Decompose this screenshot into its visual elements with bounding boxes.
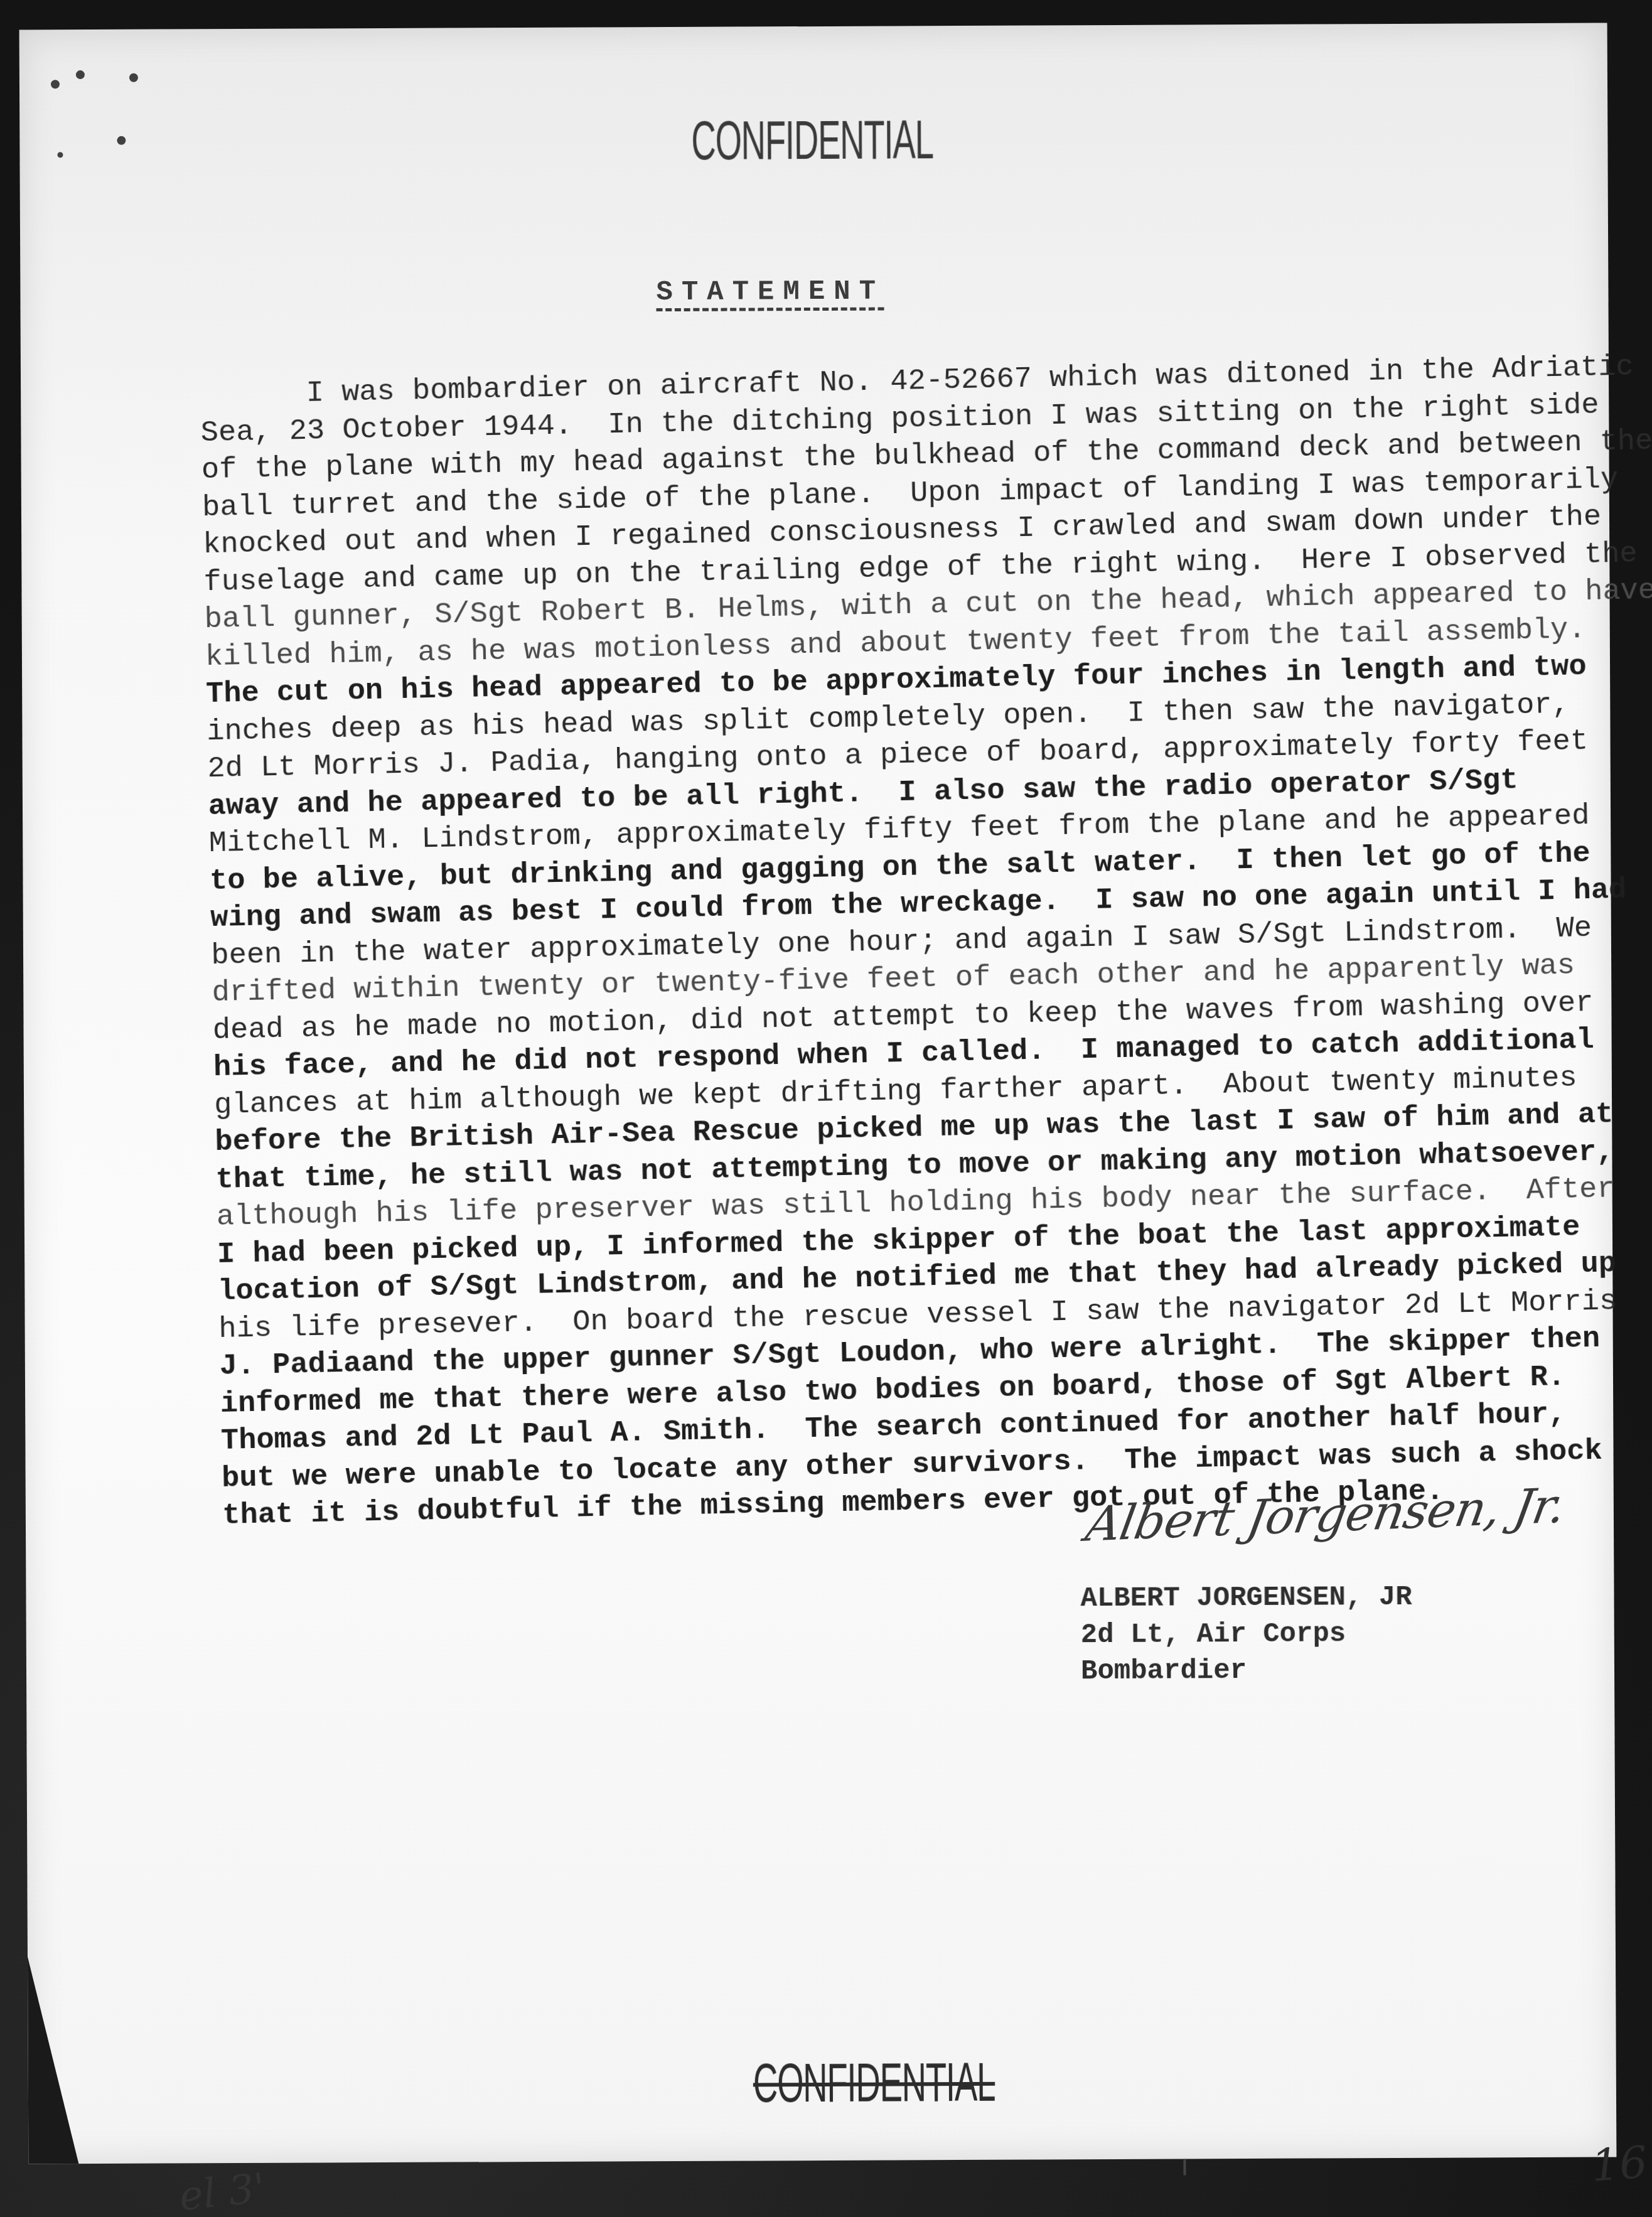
statement-heading: STATEMENT — [656, 276, 884, 309]
folded-corner — [28, 1957, 78, 2164]
signer-role: Bombardier — [1081, 1652, 1412, 1690]
tick-mark — [1183, 2159, 1186, 2175]
classification-stamp-top: CONFIDENTIAL — [691, 107, 933, 173]
margin-note: el 3' — [177, 2165, 267, 2217]
page-number: 16 — [1590, 2136, 1649, 2191]
signature-block: ALBERT JORGENSEN, JR 2d Lt, Air Corps Bo… — [1080, 1579, 1412, 1690]
statement-body: I was bombardier on aircraft No. 42-5266… — [200, 350, 1604, 1535]
classification-stamp-bottom: CONFIDENTIAL — [753, 2050, 995, 2115]
signer-rank: 2d Lt, Air Corps — [1081, 1616, 1412, 1653]
document-page: CONFIDENTIAL STATEMENT I was bombardier … — [19, 23, 1617, 2164]
signer-name: ALBERT JORGENSEN, JR — [1080, 1579, 1412, 1617]
